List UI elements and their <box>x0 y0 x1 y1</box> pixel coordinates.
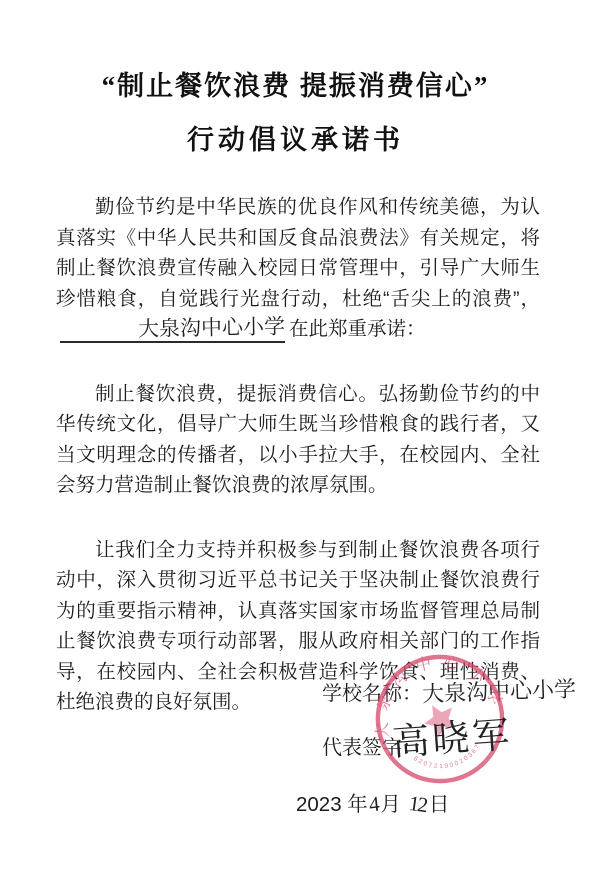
document-subtitle: 行动倡议承诺书 <box>0 118 591 157</box>
date-month-handwritten: 4 <box>368 792 381 818</box>
document-page: “制止餐饮浪费 提振消费信心” 行动倡议承诺书 勤俭节约是中华民族的优良作风和传… <box>0 0 591 886</box>
document-body: 勤俭节约是中华民族的优良作风和传统美德，为认真落实《中华人民共和国反食品浪费法》… <box>56 192 540 718</box>
paragraph-1: 勤俭节约是中华民族的优良作风和传统美德，为认真落实《中华人民共和国反食品浪费法》… <box>56 192 540 345</box>
school-name-handwritten: 大泉沟中心小学 <box>422 672 577 708</box>
school-name-handwritten-inline: 大泉沟中心小学 <box>99 314 285 341</box>
paragraph-1-text: 勤俭节约是中华民族的优良作风和传统美德，为认真落实《中华人民共和国反食品浪费法》… <box>56 196 540 310</box>
date-line: 2023 年4月12日 <box>296 787 449 817</box>
date-day-label: 日 <box>429 793 450 816</box>
date-year: 2023 年 <box>296 793 368 816</box>
paragraph-2: 制止餐饮浪费，提振消费信心。弘扬勤俭节约的中华传统文化，倡导广大师生既当珍惜粮食… <box>56 379 540 501</box>
date-month-label: 月 <box>380 793 401 816</box>
date-day-handwritten: 12 <box>407 791 427 818</box>
school-name-line: 学校名称：大泉沟中心小学 <box>322 676 576 707</box>
document-title: “制止餐饮浪费 提振消费信心” <box>0 64 591 103</box>
school-name-label: 学校名称： <box>322 683 422 705</box>
representative-signature-handwritten: 高晓军 <box>390 704 513 766</box>
school-name-blank-line: 大泉沟中心小学 <box>60 316 285 343</box>
paragraph-1-tail: 在此郑重承诺： <box>289 318 426 340</box>
